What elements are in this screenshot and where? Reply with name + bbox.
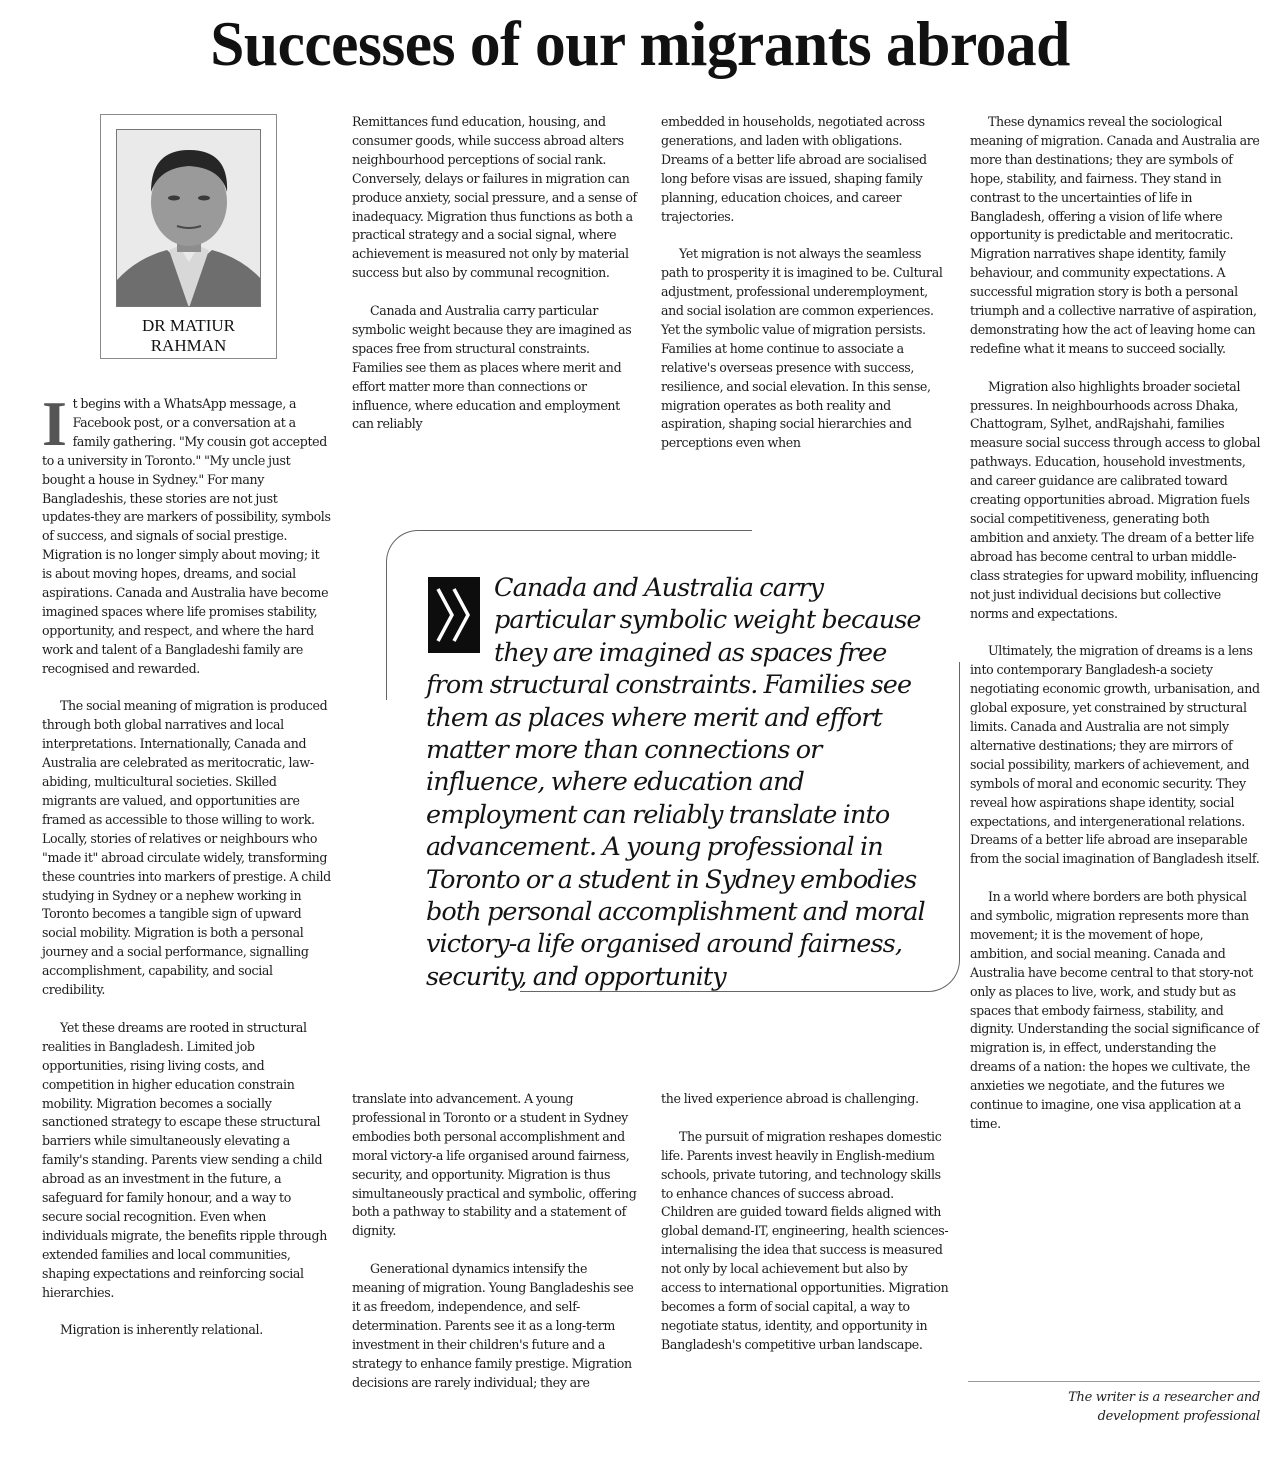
paragraph: embedded in households, negotiated acros… bbox=[661, 113, 949, 226]
author-name-line1: DR MATIUR bbox=[101, 316, 276, 336]
author-portrait-image bbox=[117, 130, 261, 307]
drop-cap: I bbox=[42, 399, 67, 451]
paragraph: Canada and Australia carry particular sy… bbox=[352, 302, 640, 434]
paragraph: the lived experience abroad is challengi… bbox=[661, 1090, 949, 1109]
paragraph: These dynamics reveal the sociological m… bbox=[970, 113, 1262, 359]
column-1: It begins with a WhatsApp message, a Fac… bbox=[42, 395, 332, 1340]
paragraph: Migration also highlights broader societ… bbox=[970, 378, 1262, 624]
column-2-bottom: translate into advancement. A young prof… bbox=[352, 1090, 640, 1392]
paragraph: Generational dynamics intensify the mean… bbox=[352, 1260, 640, 1392]
writer-credit: The writer is a researcher and developme… bbox=[968, 1388, 1260, 1426]
paragraph: The pursuit of migration reshapes domest… bbox=[661, 1128, 949, 1355]
paragraph: Yet these dreams are rooted in structura… bbox=[42, 1019, 332, 1303]
paragraph: Ultimately, the migration of dreams is a… bbox=[970, 642, 1262, 869]
column-3-top: embedded in households, negotiated acros… bbox=[661, 113, 949, 453]
author-byline-box: DR MATIUR RAHMAN bbox=[100, 114, 277, 359]
article-headline: Successes of our migrants abroad bbox=[26, 6, 1255, 82]
credit-divider bbox=[968, 1381, 1260, 1382]
author-name: DR MATIUR RAHMAN bbox=[101, 316, 276, 356]
paragraph: Remittances fund education, housing, and… bbox=[352, 113, 640, 283]
column-2-top: Remittances fund education, housing, and… bbox=[352, 113, 640, 434]
pull-quote-icon-spacer bbox=[426, 572, 494, 664]
paragraph: It begins with a WhatsApp message, a Fac… bbox=[42, 395, 332, 679]
paragraph: Yet migration is not always the seamless… bbox=[661, 245, 949, 453]
column-3-bottom: the lived experience abroad is challengi… bbox=[661, 1090, 949, 1355]
column-4: These dynamics reveal the sociological m… bbox=[970, 113, 1262, 1134]
paragraph: In a world where borders are both physic… bbox=[970, 888, 1262, 1134]
author-photo bbox=[116, 129, 261, 307]
paragraph: Migration is inherently relational. bbox=[42, 1321, 332, 1340]
pull-quote-text: Canada and Australia carry particular sy… bbox=[426, 573, 925, 992]
paragraph: translate into advancement. A young prof… bbox=[352, 1090, 640, 1241]
writer-credit-line2: development professional bbox=[968, 1407, 1260, 1426]
pull-quote: Canada and Australia carry particular sy… bbox=[426, 572, 926, 993]
writer-credit-line1: The writer is a researcher and bbox=[968, 1388, 1260, 1407]
author-name-line2: RAHMAN bbox=[101, 336, 276, 356]
paragraph: The social meaning of migration is produ… bbox=[42, 697, 332, 1000]
